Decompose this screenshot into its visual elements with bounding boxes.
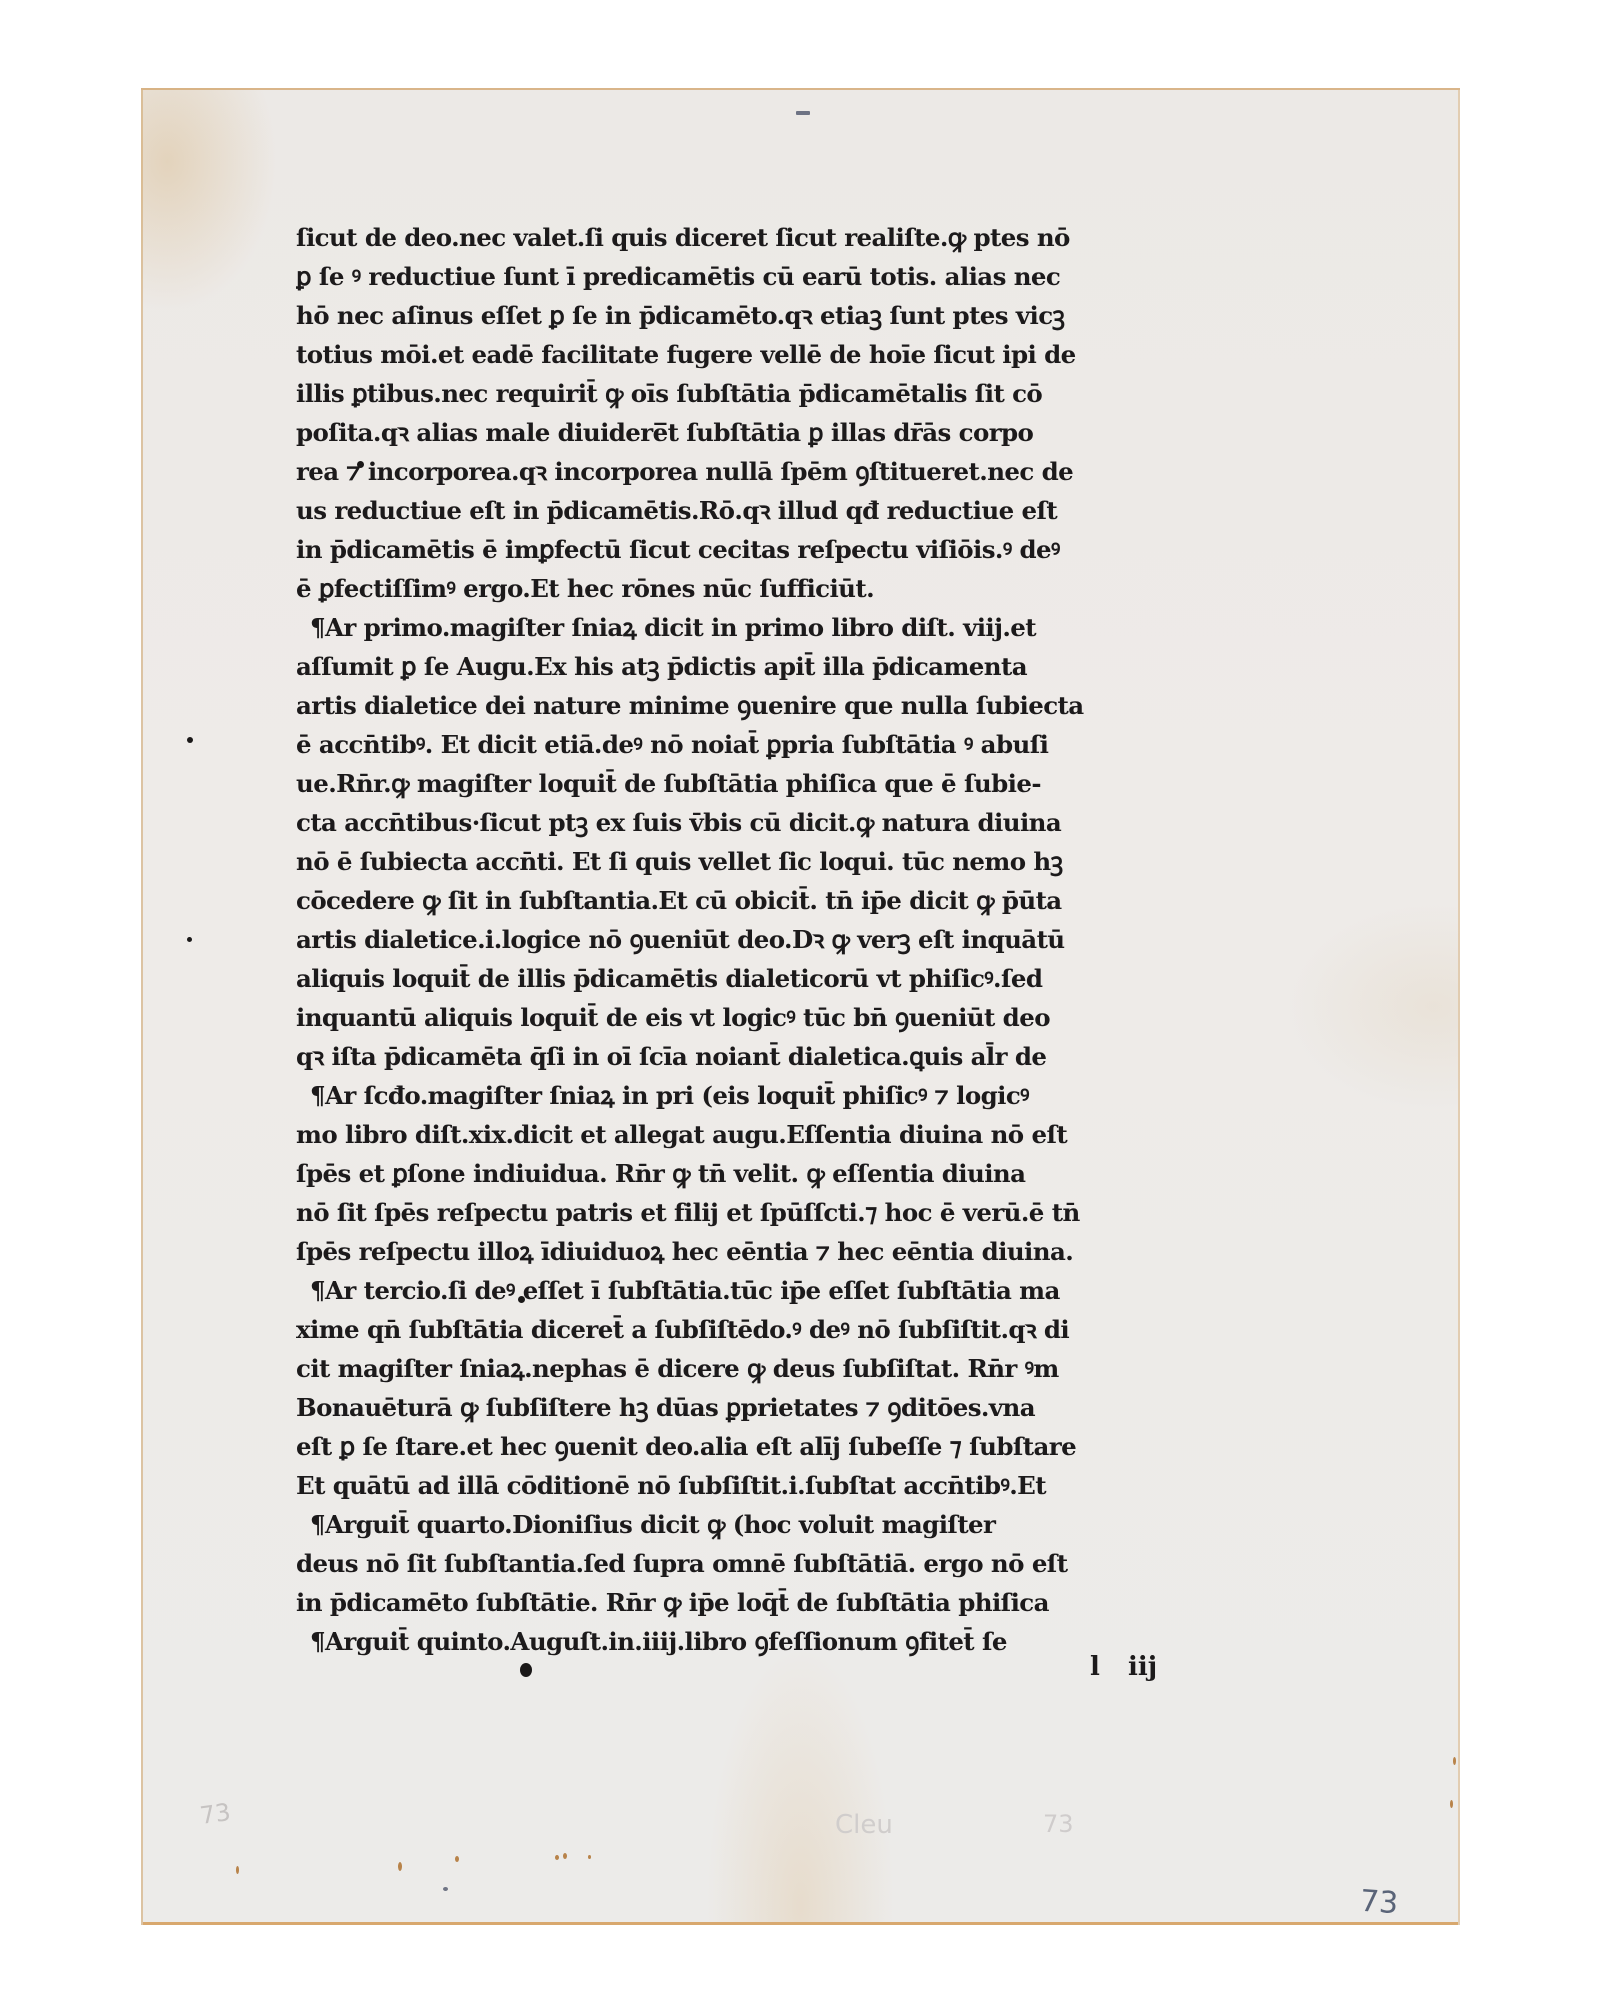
text-line: cta accn̄tibus·ſicut ptꝫ ex ſuis v̄bis c… [296,803,1168,842]
ink-dot [187,937,192,942]
paragraph-start-line: ¶Arguit̄ quarto.Dioniſius dicit ꝙ (hoc v… [296,1505,1168,1544]
paragraph-start-line: ¶Ar ſcđo.magiſter ſniaꝝ in pri (eis loqu… [296,1076,1168,1115]
paragraph-start-line: ¶Ar tercio.ſi deꝰ eſſet ī ſubſtātia.tūc … [296,1271,1168,1310]
text-line: ſpēs et ꝑſone indiuidua. Rn̄r ꝙ tn̄ veli… [296,1154,1168,1193]
text-line: poſita.qꝛ alias male diuidere̅t ſubſtāti… [296,413,1168,452]
ink-speck [443,1887,448,1891]
text-line: nō ſit ſpēs reſpectu patris et filij et … [296,1193,1168,1232]
text-line: us reductiue eſt in p̄dicamētis.Rō.qꝛ il… [296,491,1168,530]
text-line: Bonauēturā ꝙ ſubſiſtere hꝫ dūas ꝑprietat… [296,1388,1168,1427]
ink-dot [520,1663,532,1677]
text-line: artis dialetice dei nature minime ꝯuenir… [296,686,1168,725]
foxing-spot [588,1855,591,1859]
text-line: cōcedere ꝙ ſit in ſubſtantia.Et cū obici… [296,881,1168,920]
text-line: in p̄dicamētis ē imꝑfectū ſicut cecitas … [296,530,1168,569]
text-line: xime qn̄ ſubſtātia diceret̄ a ſubſiſtēdo… [296,1310,1168,1349]
text-line: inquantū aliquis loquit̄ de eis vt logic… [296,998,1168,1037]
foxing-spot [1450,1800,1453,1808]
foxing-spot [398,1862,402,1871]
text-line: mo libro diſt.xix.dicit et allegat augu.… [296,1115,1168,1154]
foxing-spot [555,1855,559,1860]
text-line: ſicut de deo.nec valet.ſi quis diceret ſ… [296,218,1168,257]
text-line: cit magiſter ſniaꝝ.nephas ē dicere ꝙ deu… [296,1349,1168,1388]
paragraph-start-line: ¶Arguit̄ quinto.Auguſt.in.iiij.libro ꝯfe… [296,1622,1168,1661]
text-line: rea ⁊ incorporea.qꝛ incorporea nullā ſpē… [296,452,1168,491]
text-line: nō ē ſubiecta accn̄ti. Et ſi quis vellet… [296,842,1168,881]
text-block: ſicut de deo.nec valet.ſi quis diceret ſ… [296,218,1168,1661]
ink-number-corner: 73 [1359,1884,1400,1922]
ink-dot [518,1296,525,1303]
signature-mark-left: l [1090,1652,1100,1682]
text-line: in p̄dicamēto ſubſtātie. Rn̄r ꝙ ip̄e loq… [296,1583,1168,1622]
ink-dot [187,737,193,743]
text-line: qꝛ iſta p̄dicamēta q̄ſi in oī ſcīa noian… [296,1037,1168,1076]
ink-dot [357,461,364,468]
pencil-annotation-center: Cleu [835,1810,893,1840]
text-line: aſſumit ꝑ ſe Augu.Ex his atꝫ p̄dictis ap… [296,647,1168,686]
text-line: ſpēs reſpectu illoꝝ īdiuiduoꝝ hec eēntia… [296,1232,1168,1271]
foxing-spot [455,1856,459,1862]
foxing-spot [563,1853,567,1859]
text-line: eſt ꝑ ſe ſtare.et hec ꝯuenit deo.alia eſ… [296,1427,1168,1466]
text-line: ꝑ ſe ꝰ reductiue ſunt ī predicamētis cū … [296,257,1168,296]
foxing-spot [1453,1757,1456,1765]
paragraph-start-line: ¶Ar primo.magiſter ſniaꝝ dicit in primo … [296,608,1168,647]
text-line: ē accn̄tibꝰ. Et dicit etiā.deꝰ nō noiat̄… [296,725,1168,764]
text-line: totius mōi.et eadē facilitate fugere vel… [296,335,1168,374]
pencil-annotation-left: 73 [198,1798,232,1830]
text-line: ē ꝑfectiſſimꝰ ergo.Et hec rōnes nūc ſuff… [296,569,1168,608]
text-line: illis ꝑtibus.nec requirit̄ ꝙ oīs ſubſtāt… [296,374,1168,413]
text-line: artis dialetice.i.logice nō ꝯueniūt deo.… [296,920,1168,959]
pencil-annotation-center-right: 73 [1043,1810,1074,1838]
text-line: aliquis loquit̄ de illis p̄dicamētis dia… [296,959,1168,998]
ink-speck [796,111,810,115]
text-line: deus nō ſit ſubſtantia.ſed ſupra omnē ſu… [296,1544,1168,1583]
signature-mark-right: iij [1128,1652,1157,1682]
foxing-spot [236,1866,239,1874]
text-line: ue.Rn̄r.ꝙ magiſter loquit̄ de ſubſtātia … [296,764,1168,803]
text-line: hō nec aſinus eſſet ꝑ ſe in p̄dicamēto.q… [296,296,1168,335]
text-line: Et quātū ad illā cōditionē nō ſubſiſtit.… [296,1466,1168,1505]
